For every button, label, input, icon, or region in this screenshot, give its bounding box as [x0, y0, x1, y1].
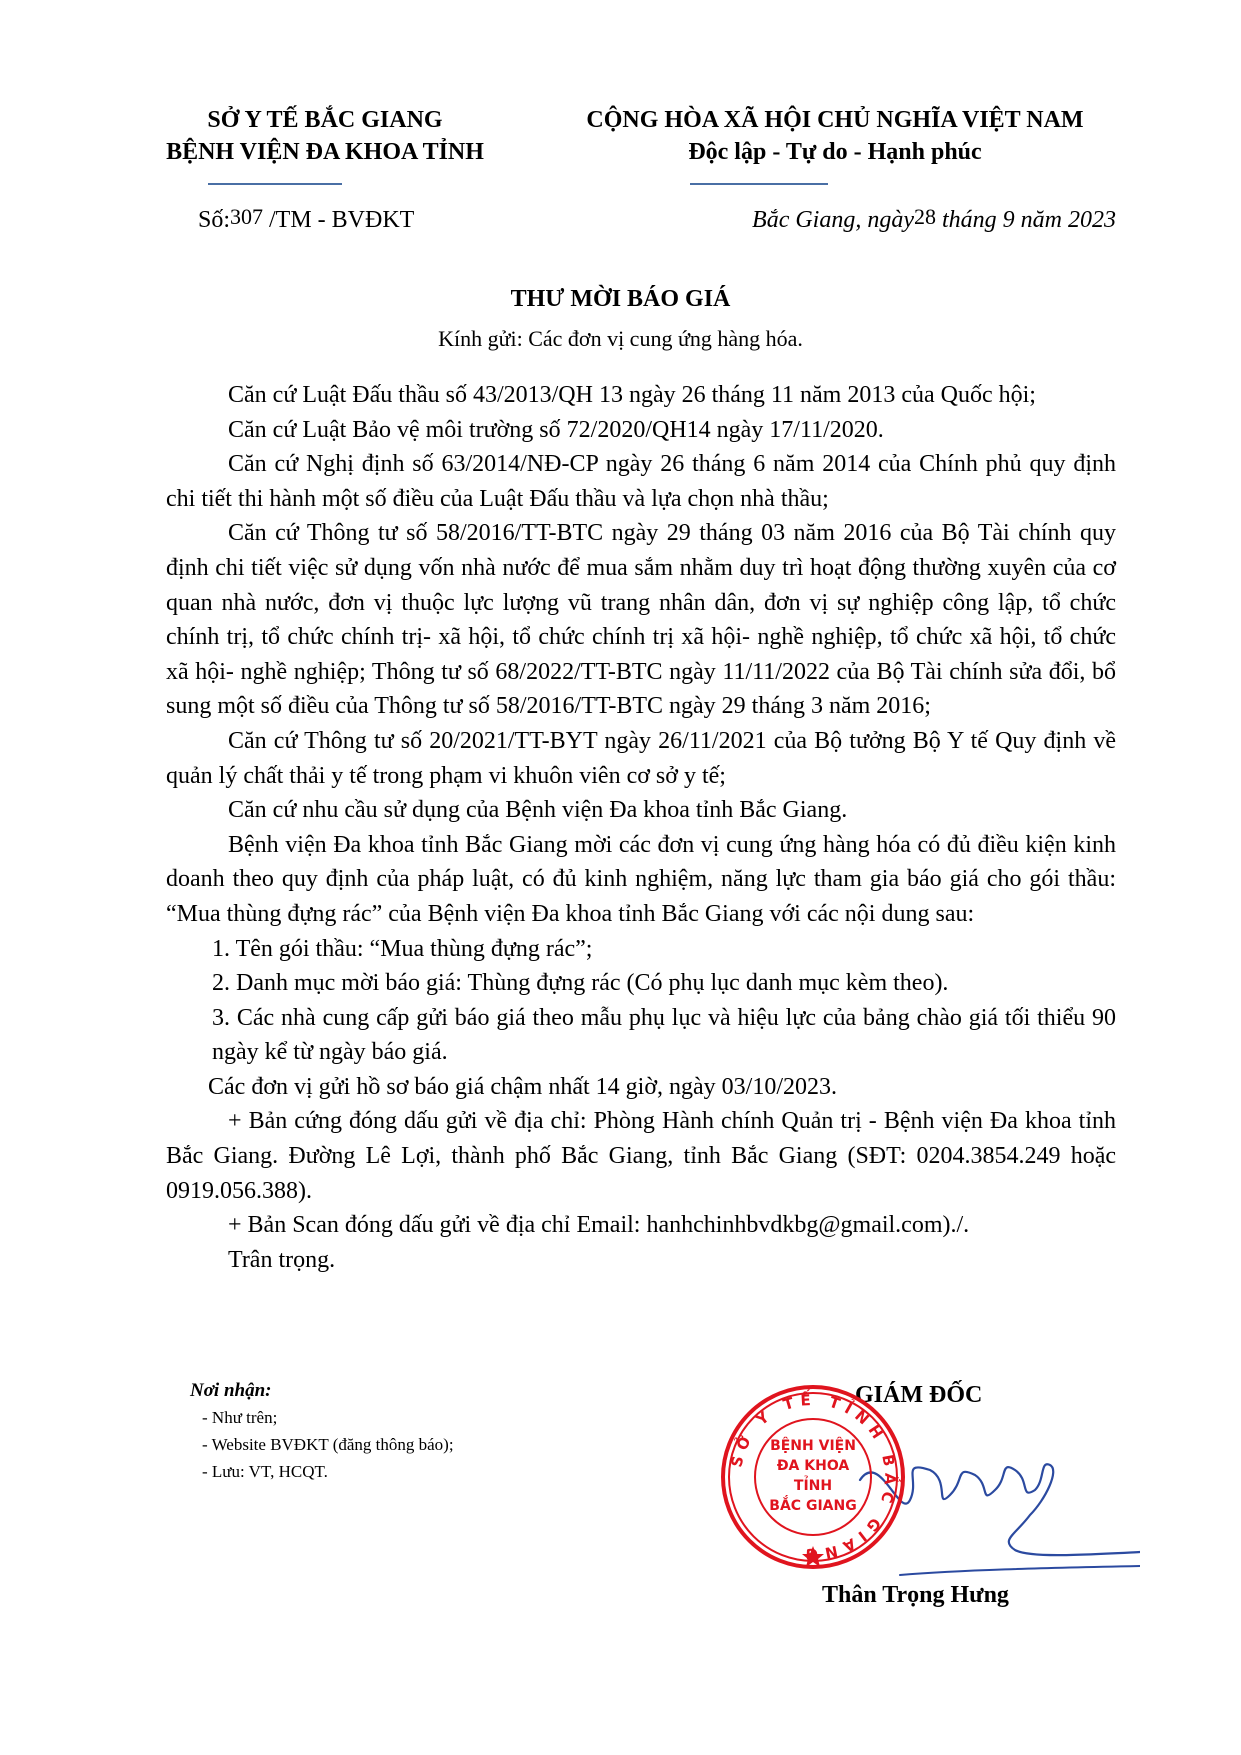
reference-suffix: /TM - BVĐKT — [263, 207, 414, 233]
reference-prefix: Số: — [198, 207, 230, 233]
closing: Trân trọng. — [166, 1243, 1116, 1278]
reference-value: 307 — [230, 204, 263, 229]
svg-text:ĐA KHOA: ĐA KHOA — [777, 1458, 850, 1474]
reference-number: Số:307 /TM - BVĐKT — [198, 204, 414, 234]
official-seal-icon: SỞ Y TẾ TỈNH BẮC GIANG BỆNH VIỆN ĐA KHOA… — [718, 1382, 908, 1572]
motto-underline — [690, 183, 828, 185]
legal-basis-paragraph: Căn cứ nhu cầu sử dụng của Bệnh viện Đa … — [166, 793, 1116, 828]
agency-name: BỆNH VIỆN ĐA KHOA TỈNH — [160, 136, 490, 168]
legal-basis-paragraph: Căn cứ Luật Đấu thầu số 43/2013/QH 13 ng… — [166, 378, 1116, 413]
motto: Độc lập - Tự do - Hạnh phúc — [570, 136, 1100, 168]
svg-text:BỆNH VIỆN: BỆNH VIỆN — [770, 1436, 856, 1454]
recipients-block: Nơi nhận: - Như trên; - Website BVĐKT (đ… — [190, 1377, 454, 1485]
hardcopy-address-paragraph: + Bản cứng đóng dấu gửi về địa chỉ: Phòn… — [166, 1104, 1116, 1208]
recipient-item: - Website BVĐKT (đăng thông báo); — [202, 1431, 454, 1458]
agency-underline — [208, 183, 342, 185]
national-name: CỘNG HÒA XÃ HỘI CHỦ NGHĨA VIỆT NAM — [570, 104, 1100, 136]
document-title: THƯ MỜI BÁO GIÁ — [0, 286, 1241, 313]
invitation-paragraph: Bệnh viện Đa khoa tỉnh Bắc Giang mời các… — [166, 828, 1116, 932]
recipients-label: Nơi nhận: — [190, 1377, 454, 1404]
agency-parent: SỞ Y TẾ BẮC GIANG — [160, 104, 490, 136]
list-item: 2. Danh mục mời báo giá: Thùng đựng rác … — [166, 966, 1116, 1001]
recipient-item: - Như trên; — [202, 1404, 454, 1431]
recipient-item: - Lưu: VT, HCQT. — [202, 1458, 454, 1485]
recipients-list: - Như trên; - Website BVĐKT (đăng thông … — [190, 1404, 454, 1485]
list-item: 3. Các nhà cung cấp gửi báo giá theo mẫu… — [166, 1001, 1116, 1070]
legal-basis-paragraph: Căn cứ Nghị định số 63/2014/NĐ-CP ngày 2… — [166, 447, 1116, 516]
list-item: 1. Tên gói thầu: “Mua thùng đựng rác”; — [166, 932, 1116, 967]
deadline-paragraph: Các đơn vị gửi hồ sơ báo giá chậm nhất 1… — [166, 1070, 1116, 1105]
issuing-agency: SỞ Y TẾ BẮC GIANG BỆNH VIỆN ĐA KHOA TỈNH — [160, 104, 490, 168]
svg-text:TỈNH: TỈNH — [794, 1475, 832, 1494]
legal-basis-paragraph: Căn cứ Thông tư số 58/2016/TT-BTC ngày 2… — [166, 516, 1116, 724]
legal-basis-paragraph: Căn cứ Thông tư số 20/2021/TT-BYT ngày 2… — [166, 724, 1116, 793]
svg-text:BẮC GIANG: BẮC GIANG — [769, 1495, 856, 1514]
document-body: Căn cứ Luật Đấu thầu số 43/2013/QH 13 ng… — [166, 378, 1116, 1277]
date-day: 28 — [914, 204, 936, 229]
issue-date: Bắc Giang, ngày28 tháng 9 năm 2023 — [752, 204, 1116, 234]
document-page: SỞ Y TẾ BẮC GIANG BỆNH VIỆN ĐA KHOA TỈNH… — [0, 0, 1241, 1755]
date-suffix: tháng 9 năm 2023 — [936, 207, 1116, 233]
national-motto: CỘNG HÒA XÃ HỘI CHỦ NGHĨA VIỆT NAM Độc l… — [570, 104, 1100, 168]
greeting: Kính gửi: Các đơn vị cung ứng hàng hóa. — [0, 326, 1241, 352]
signer-name: Thân Trọng Hưng — [822, 1582, 1009, 1609]
date-prefix: Bắc Giang, ngày — [752, 207, 914, 233]
scan-email-paragraph: + Bản Scan đóng dấu gửi về địa chỉ Email… — [166, 1208, 1116, 1243]
legal-basis-paragraph: Căn cứ Luật Bảo vệ môi trường số 72/2020… — [166, 413, 1116, 448]
